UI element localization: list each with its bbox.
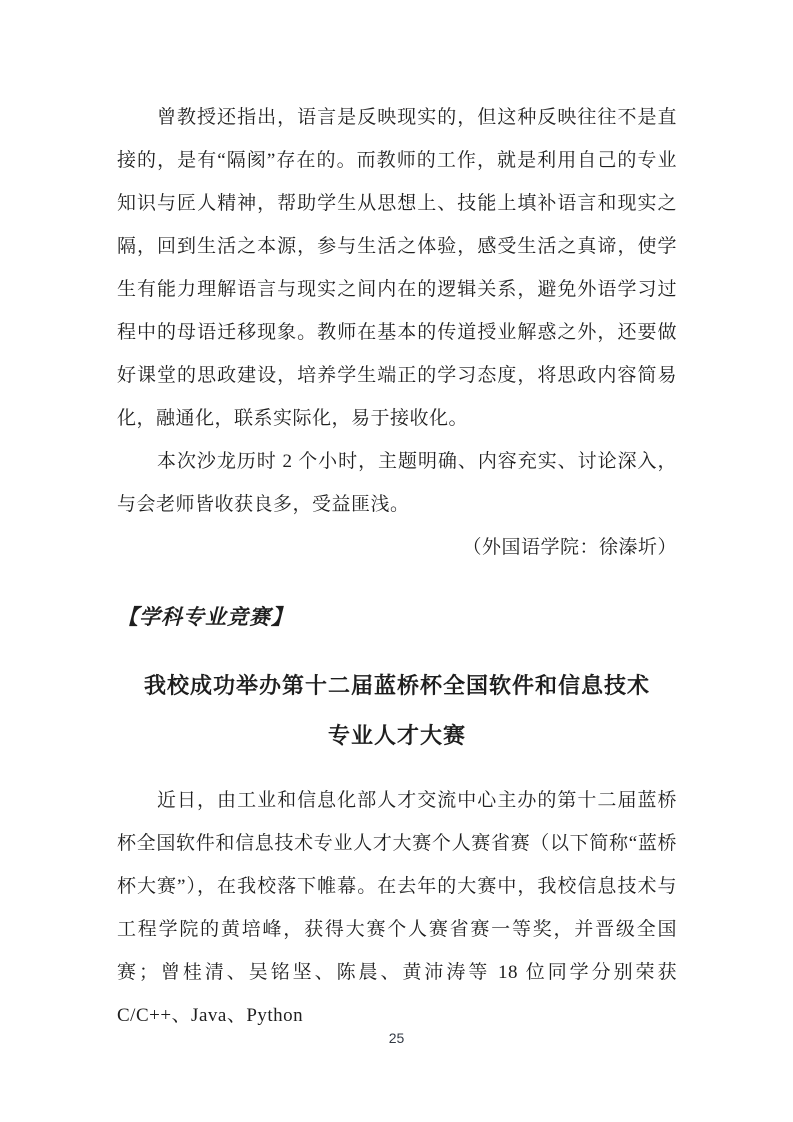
article-title-line-2: 专业人才大赛 — [117, 711, 677, 761]
article1-paragraph-2: 本次沙龙历时 2 个小时，主题明确、内容充实、讨论深入，与会老师皆收获良多，受益… — [117, 440, 677, 526]
attribution-line: （外国语学院：徐溱圻） — [117, 526, 677, 569]
page-number: 25 — [0, 1029, 793, 1047]
article-title: 我校成功举办第十二届蓝桥杯全国软件和信息技术 专业人才大赛 — [117, 661, 677, 761]
page-content: 曾教授还指出，语言是反映现实的，但这种反映往往不是直接的，是有“隔阂”存在的。而… — [117, 96, 677, 1037]
document-page: 曾教授还指出，语言是反映现实的，但这种反映往往不是直接的，是有“隔阂”存在的。而… — [0, 0, 793, 1122]
section-heading: 【学科专业竞赛】 — [117, 596, 677, 639]
article2-paragraph-1: 近日，由工业和信息化部人才交流中心主办的第十二届蓝桥杯全国软件和信息技术专业人才… — [117, 779, 677, 1037]
article-title-line-1: 我校成功举办第十二届蓝桥杯全国软件和信息技术 — [117, 661, 677, 711]
article1-paragraph-1: 曾教授还指出，语言是反映现实的，但这种反映往往不是直接的，是有“隔阂”存在的。而… — [117, 96, 677, 440]
